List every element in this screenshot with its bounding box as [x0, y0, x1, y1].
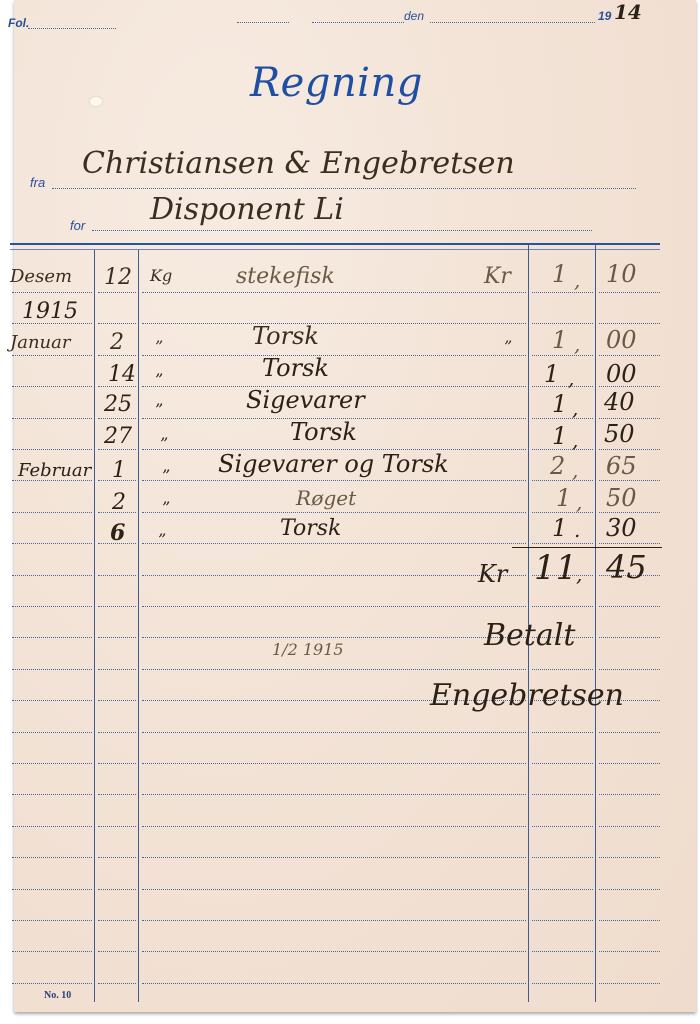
ledger-dotted-line: [12, 889, 92, 890]
row-description: Sigevarer og Torsk: [218, 450, 449, 478]
document-title: Regning: [250, 60, 423, 106]
ledger-dotted-line: [532, 355, 593, 356]
ledger-dotted-line: [98, 606, 136, 607]
place-field-line-2: [312, 22, 404, 23]
row-comma: ,: [574, 268, 580, 292]
ledger-dotted-line: [142, 606, 526, 607]
row-comma: ,: [574, 332, 580, 356]
ledger-dotted-line: [98, 700, 136, 701]
ledger-dotted-line: [532, 951, 593, 952]
ledger-dotted-line: [599, 951, 660, 952]
fol-label: Fol.: [8, 16, 29, 30]
column-rule-ore: [595, 244, 596, 1002]
ledger-dotted-line: [599, 606, 660, 607]
ledger-dotted-line: [599, 418, 660, 419]
row-unit: ”: [160, 434, 168, 453]
row-unit: ”: [155, 370, 163, 389]
ledger-dotted-line: [98, 983, 136, 984]
ledger-dotted-line: [12, 794, 92, 795]
fra-label: fra: [30, 175, 45, 190]
date-field-line: [430, 22, 595, 23]
row-kroner: 1: [556, 484, 571, 512]
ledger-dotted-line: [98, 418, 136, 419]
ledger-dotted-line: [599, 543, 660, 544]
year-prefix: 19: [598, 9, 611, 23]
row-comma: ,: [576, 490, 582, 514]
row-unit: ”: [162, 498, 170, 517]
ledger-dotted-line: [98, 794, 136, 795]
form-number: No. 10: [44, 990, 71, 1001]
ledger-dotted-line: [532, 794, 593, 795]
ledger-dotted-line: [12, 512, 92, 513]
paid-label: Betalt: [484, 618, 575, 653]
ledger-dotted-line: [98, 920, 136, 921]
fol-field-line: [28, 28, 116, 29]
ledger-dotted-line: [98, 575, 136, 576]
row-unit: ”: [155, 400, 163, 419]
ledger-dotted-line: [599, 732, 660, 733]
ledger-dotted-line: [142, 857, 526, 858]
row-kroner: 1: [552, 390, 567, 418]
ledger-dotted-line: [12, 669, 92, 670]
ledger-dotted-line: [12, 732, 92, 733]
row-ore: 50: [606, 484, 637, 512]
ledger-dotted-line: [98, 857, 136, 858]
row-kroner: 1: [552, 326, 567, 354]
for-value-handwritten: Disponent Li: [150, 192, 344, 227]
ledger-dotted-line: [142, 732, 526, 733]
ledger-dotted-line: [142, 669, 526, 670]
ledger-dotted-line: [532, 732, 593, 733]
ledger-dotted-line: [532, 857, 593, 858]
row-ore: 40: [604, 388, 635, 416]
paper-punch-hole: [90, 97, 102, 106]
row-day: 2: [110, 330, 124, 355]
ledger-dotted-line: [142, 575, 526, 576]
ledger-dotted-line: [599, 920, 660, 921]
ledger-dotted-line: [599, 763, 660, 764]
ledger-dotted-line: [142, 637, 526, 638]
header-rule-thick: [10, 243, 660, 245]
ledger-dotted-line: [12, 951, 92, 952]
row-day: 6: [110, 520, 125, 546]
ledger-dotted-line: [12, 700, 92, 701]
ledger-dotted-line: [599, 983, 660, 984]
row-unit: ”: [158, 530, 166, 549]
row-currency: ”: [504, 337, 512, 356]
ledger-dotted-line: [142, 951, 526, 952]
row-kroner: 1: [552, 514, 567, 542]
row-month: Januar: [10, 332, 70, 353]
for-field-line: [92, 230, 592, 231]
header-rule-thin: [10, 249, 660, 250]
ledger-dotted-line: [599, 826, 660, 827]
ledger-dotted-line: [532, 606, 593, 607]
ledger-dotted-line: [532, 983, 593, 984]
row-month: Desem: [10, 266, 72, 287]
for-label: for: [70, 218, 85, 233]
ledger-dotted-line: [599, 449, 660, 450]
place-field-line: [237, 22, 289, 23]
ledger-dotted-line: [12, 857, 92, 858]
ledger-dotted-line: [12, 763, 92, 764]
row-comma: .: [574, 518, 580, 542]
row-description: Røget: [296, 486, 356, 510]
receipt-date: 1/2 1915: [272, 640, 344, 659]
signature: Engebretsen: [430, 678, 624, 713]
ledger-dotted-line: [12, 606, 92, 607]
row-kroner: 1: [552, 260, 567, 288]
ledger-dotted-line: [599, 480, 660, 481]
row-comma: ,: [572, 396, 578, 420]
fra-field-line: [52, 188, 636, 189]
ledger-dotted-line: [98, 951, 136, 952]
den-label: den: [404, 9, 424, 23]
ledger-dotted-line: [142, 889, 526, 890]
row-comma: ,: [572, 458, 578, 482]
ledger-dotted-line: [142, 512, 526, 513]
ledger-dotted-line: [98, 292, 136, 293]
ledger-dotted-line: [532, 889, 593, 890]
row-day: 27: [104, 424, 132, 449]
ledger-dotted-line: [12, 575, 92, 576]
ledger-dotted-line: [599, 669, 660, 670]
ledger-dotted-line: [142, 920, 526, 921]
row-day: 1: [112, 458, 126, 483]
ledger-dotted-line: [532, 323, 593, 324]
row-ore: 10: [606, 260, 637, 288]
row-unit: ”: [162, 466, 170, 485]
row-day: 14: [108, 362, 136, 387]
ledger-dotted-line: [532, 920, 593, 921]
ledger-dotted-line: [142, 355, 526, 356]
total-ore: 45: [606, 548, 647, 586]
ledger-dotted-line: [532, 292, 593, 293]
row-description: stekefisk: [236, 264, 335, 289]
ledger-dotted-line: [599, 637, 660, 638]
total-currency: Kr: [478, 560, 507, 588]
ledger-dotted-line: [12, 637, 92, 638]
ledger-dotted-line: [98, 637, 136, 638]
ledger-dotted-line: [12, 920, 92, 921]
ledger-dotted-line: [599, 323, 660, 324]
ledger-dotted-line: [142, 323, 526, 324]
ledger-dotted-line: [98, 889, 136, 890]
ledger-dotted-line: [142, 292, 526, 293]
ledger-dotted-line: [142, 480, 526, 481]
column-rule-month: [94, 250, 95, 1002]
ledger-dotted-line: [599, 857, 660, 858]
ledger-dotted-line: [12, 418, 92, 419]
year-suffix-handwritten: 14: [614, 0, 642, 24]
row-day: 25: [104, 392, 132, 417]
ledger-dotted-line: [12, 292, 92, 293]
row-unit: ”: [155, 337, 163, 356]
row-kroner: 2: [550, 452, 565, 480]
ledger-dotted-line: [599, 355, 660, 356]
row-day: 2: [112, 490, 126, 515]
row-ore: 30: [606, 514, 637, 542]
row-ore: 00: [606, 360, 637, 388]
ledger-dotted-line: [599, 794, 660, 795]
ledger-dotted-line: [98, 323, 136, 324]
ledger-dotted-line: [532, 826, 593, 827]
ledger-dotted-line: [532, 543, 593, 544]
ledger-dotted-line: [12, 543, 92, 544]
ledger-dotted-line: [12, 983, 92, 984]
row-comma: ,: [572, 428, 578, 452]
row-ore: 50: [604, 420, 635, 448]
row-currency: Kr: [484, 264, 511, 289]
row-description: Torsk: [280, 516, 341, 541]
ledger-dotted-line: [599, 889, 660, 890]
ledger-dotted-line: [98, 449, 136, 450]
ledger-dotted-line: [12, 386, 92, 387]
ledger-dotted-line: [98, 669, 136, 670]
total-comma: ,: [576, 562, 582, 586]
row-kroner: 1: [544, 360, 559, 388]
ledger-dotted-line: [532, 763, 593, 764]
ledger-dotted-line: [98, 732, 136, 733]
ledger-dotted-line: [98, 826, 136, 827]
ledger-dotted-line: [142, 794, 526, 795]
row-day: 12: [104, 265, 132, 290]
ledger-dotted-line: [532, 480, 593, 481]
row-comma: ,: [568, 366, 574, 390]
ledger-dotted-line: [142, 983, 526, 984]
ledger-dotted-line: [599, 292, 660, 293]
row-description: Torsk: [252, 322, 319, 350]
column-rule-day: [138, 250, 139, 1002]
row-description: Torsk: [290, 418, 357, 446]
row-description: Torsk: [262, 354, 329, 382]
ledger-dotted-line: [142, 543, 526, 544]
row-kroner: 1: [552, 422, 567, 450]
row-ore: 00: [606, 326, 637, 354]
ledger-dotted-line: [142, 826, 526, 827]
ledger-dotted-line: [12, 826, 92, 827]
ledger-dotted-line: [12, 449, 92, 450]
ledger-dotted-line: [532, 386, 593, 387]
row-month: Februar: [18, 460, 91, 481]
fra-value-handwritten: Christiansen & Engebretsen: [82, 146, 515, 181]
ledger-dotted-line: [98, 763, 136, 764]
row-ore: 65: [606, 452, 637, 480]
ledger-dotted-line: [12, 355, 92, 356]
total-kroner: 11: [534, 548, 577, 588]
row-description: Sigevarer: [246, 386, 365, 414]
ledger-dotted-line: [142, 763, 526, 764]
row-unit: Kg: [150, 266, 172, 285]
row-year: 1915: [22, 299, 78, 324]
ledger-dotted-line: [532, 669, 593, 670]
